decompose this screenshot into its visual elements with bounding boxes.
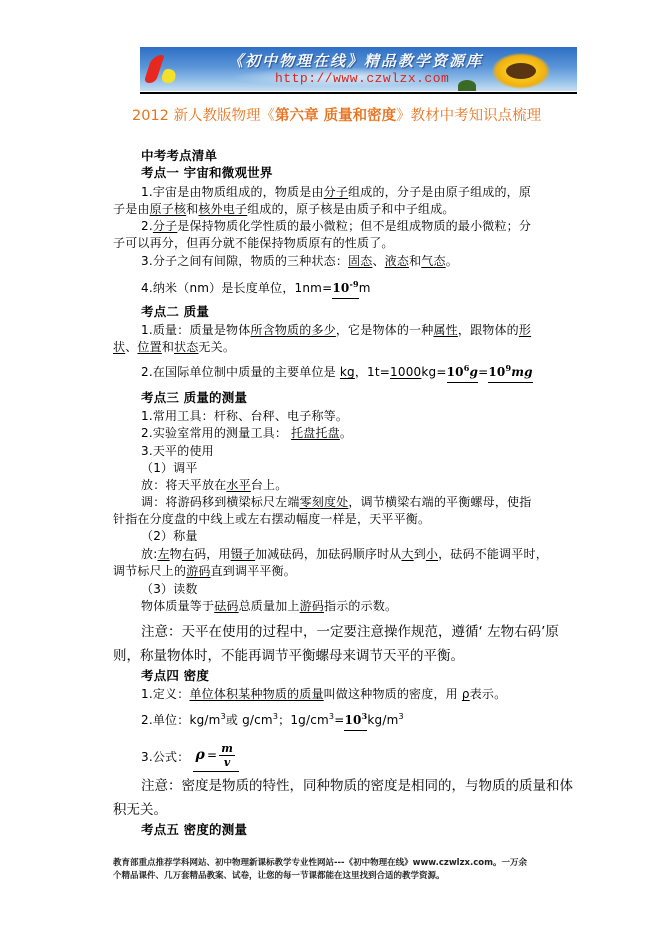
- title-chapter: 第六章 质量和密度: [275, 108, 396, 124]
- footer-line1: 教育部重点推荐学科网站、初中物理新课标教学专业性网站---《初中物理在线》www…: [113, 856, 527, 868]
- kaodian2-p1-line1: 1.质量：质量是物体所含物质的多少，它是物体的一种属性，跟物体的形: [141, 322, 531, 338]
- kaodian3-sub1: （1）调平: [141, 460, 198, 476]
- kaodian3-p1: 1.常用工具：杆称、台秤、电子称等。: [141, 408, 348, 424]
- kaodian3-fang: 放：将天平放在水平台上。: [141, 477, 287, 493]
- title-suffix: 》教材中考知识点梳理: [396, 108, 541, 124]
- kaodian1-p2-line2: 子可以再分，但再分就不能保持物质原有的性质了。: [113, 235, 394, 251]
- kaodian2-title: 考点二 质量: [141, 304, 209, 320]
- logo-accent-icon: [159, 69, 178, 83]
- kaodian3-title: 考点三 质量的测量: [141, 390, 247, 406]
- title-prefix: 2012 新人教版物理《: [132, 108, 275, 124]
- footer-line2: 个精品课件、几万套精品教案、试卷，让您的每一节课都能在这里找到合适的教学资源。: [113, 869, 445, 881]
- kaodian4-p1: 1.定义：单位体积某种物质的质量叫做这种物质的密度，用 ρ表示。: [141, 686, 506, 702]
- kaodian3-note-line1: 注意：天平在使用的过程中，一定要注意操作规范，遵循‘ 左物右码’原: [141, 624, 559, 640]
- density-formula: ρ=mv: [193, 742, 239, 772]
- answer-blank: 103: [344, 712, 367, 731]
- answer-blank: 10-9: [332, 280, 358, 299]
- kaodian4-note-line2: 积无关。: [113, 802, 167, 818]
- kaodian1-p4: 4.纳米（nm）是长度单位，1nm=10-9m: [141, 280, 371, 299]
- kaodian4-title: 考点四 密度: [141, 668, 209, 684]
- kaodian3-dushu: 物体质量等于砝码总质量加上游码指示的示数。: [141, 598, 397, 614]
- kaodian3-p3: 3.天平的使用: [141, 443, 214, 459]
- kaodian3-note-line2: 则，称量物体时，不能再调节平衡螺母来调节天平的平衡。: [113, 648, 464, 664]
- kaodian2-p2: 2.在国际单位制中质量的主要单位是 kg，1t=1000kg=106g=109m…: [141, 364, 533, 383]
- kaodian1-p2-line1: 2.分子是保持物质化学性质的最小微粒；但不是组成物质的最小微粒；分: [141, 218, 531, 234]
- answer-blank: 109mg: [488, 364, 532, 383]
- sunflower-icon: [492, 53, 550, 89]
- kaodian2-p1-line2: 状、位置和状态无关。: [113, 339, 235, 355]
- banner-url[interactable]: http://www.czwlzx.com: [275, 71, 449, 86]
- kaodian1-p3: 3.分子之间有间隙，物质的三种状态：固态、液态和气态。: [141, 253, 458, 269]
- site-banner: 《初中物理在线》精品教学资源库 http://www.czwlzx.com: [140, 47, 577, 91]
- page-title: 2012 新人教版物理《第六章 质量和密度》教材中考知识点梳理: [132, 104, 541, 125]
- kaodian1-p1-line2: 子是由原子核和核外电子组成的，原子核是由质子和中子组成。: [113, 201, 455, 217]
- kaodian3-p2: 2.实验室常用的测量工具： 托盘托盘。: [141, 425, 352, 441]
- kaodian3-sub3: （3）读数: [141, 581, 198, 597]
- kaodian1-title: 考点一 宇宙和微观世界: [141, 165, 273, 181]
- banner-title: 《初中物理在线》精品教学资源库: [228, 50, 483, 71]
- kaodian3-tiao-line2: 针指在分度盘的中线上或左右摆动幅度一样是，天平平衡。: [113, 511, 430, 527]
- kaodian3-chengliang-line1: 放:左物右码，用镊子加减砝码，加砝码顺序时从大到小，砝码不能调平时，: [141, 546, 548, 562]
- kaodian4-p3: 3.公式： ρ=mv: [141, 742, 239, 772]
- kaodian3-sub2: （2）称量: [141, 528, 198, 544]
- kaodian4-note-line1: 注意：密度是物质的特性，同种物质的密度是相同的，与物质的质量和体: [141, 778, 573, 794]
- answer-blank: 106g: [447, 364, 478, 383]
- kaodian5-title: 考点五 密度的测量: [141, 822, 247, 838]
- banner-divider: [140, 92, 577, 94]
- section-title: 中考考点清单: [141, 148, 217, 164]
- leaf-icon: [458, 80, 476, 91]
- kaodian1-p1-line1: 1.宇宙是由物质组成的，物质是由分子组成的，分子是由原子组成的，原: [141, 184, 531, 200]
- kaodian3-chengliang-line2: 调节标尺上的游码直到调平平衡。: [113, 563, 296, 579]
- kaodian3-tiao-line1: 调：将游码移到横梁标尺左端零刻度处，调节横梁右端的平衡螺母，使指: [141, 494, 531, 510]
- kaodian4-p2: 2.单位：kg/m3或 g/cm3；1g/cm3=103kg/m3: [141, 712, 404, 731]
